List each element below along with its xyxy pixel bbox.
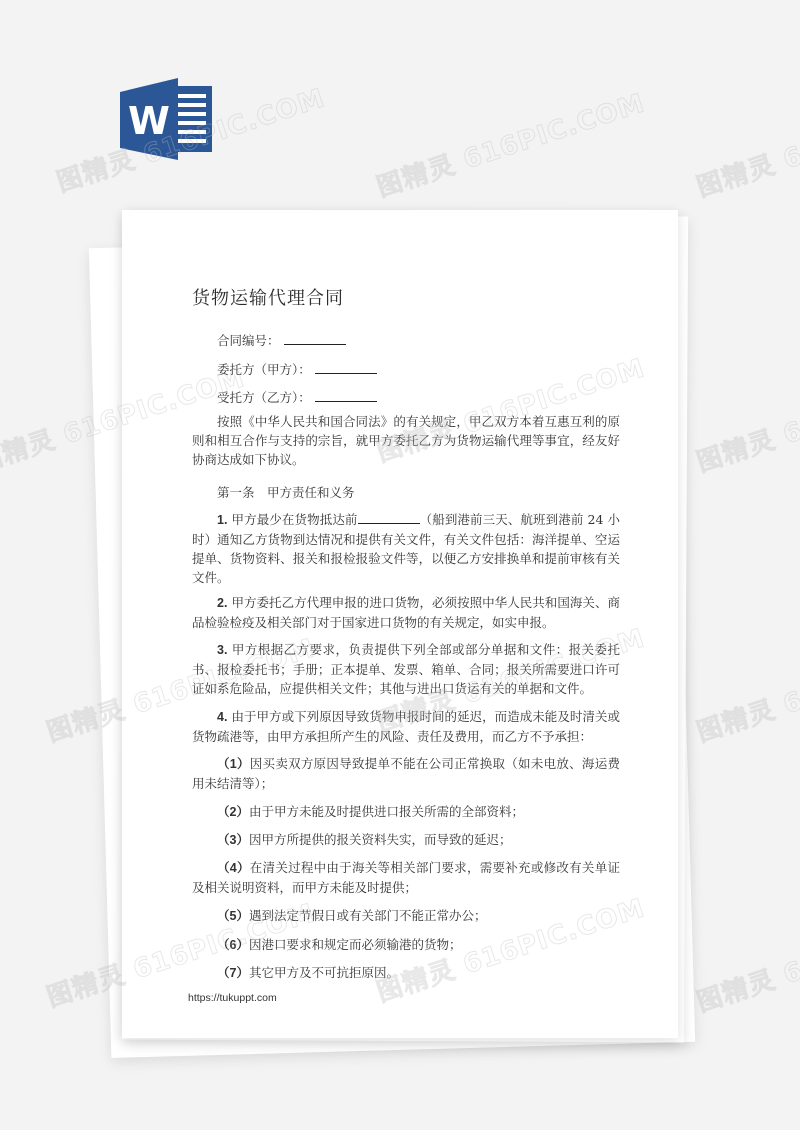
- clause-text: 甲方最少在货物抵达前: [232, 512, 358, 527]
- watermark: 图精灵 616PIC.COM: [691, 628, 800, 750]
- sub-item-number: （4）: [217, 861, 250, 875]
- sub-item-number: （6）: [217, 938, 249, 952]
- sub-item-number: （2）: [217, 805, 249, 819]
- watermark: 图精灵 616PIC.COM: [691, 83, 800, 205]
- sub-item-text: 由于甲方未能及时提供进口报关所需的全部资料；: [249, 804, 524, 819]
- clause-number: 2.: [217, 596, 227, 610]
- sub-item-text: 因甲方所提供的报关资料失实，而导致的延迟；: [249, 832, 512, 847]
- watermark: 图精灵 616PIC.COM: [371, 83, 649, 205]
- document-title: 货物运输代理合同: [192, 284, 344, 310]
- word-icon: W: [112, 78, 214, 160]
- clause-4: 4. 由于甲方或下列原因导致货物申报时间的延迟，而造成未能及时清关或货物疏港等，…: [192, 707, 620, 746]
- sub-item-5: （5）遇到法定节假日或有关部门不能正常办公；: [192, 906, 620, 926]
- field-label: 受托方（乙方）：: [217, 390, 311, 405]
- preamble-paragraph: 按照《中华人民共和国合同法》的有关规定，甲乙双方本着互惠互利的原则和相互合作与支…: [192, 412, 620, 469]
- sub-item-number: （1）: [217, 757, 250, 771]
- sub-item-4: （4）在清关过程中由于海关等相关部门要求，需要补充或修改有关单证及相关说明资料，…: [192, 858, 620, 897]
- sub-item-number: （5）: [217, 909, 249, 923]
- clause-text: 由于甲方或下列原因导致货物申报时间的延迟，而造成未能及时清关或货物疏港等，由甲方…: [192, 709, 620, 744]
- party-b-blank[interactable]: [315, 389, 377, 402]
- sub-item-text: 因港口要求和规定而必须输港的货物；: [249, 937, 462, 952]
- sub-item-text: 遇到法定节假日或有关部门不能正常办公；: [249, 908, 487, 923]
- clause-1: 1. 甲方最少在货物抵达前（船到港前三天、航班到港前 24 小时）通知乙方货物到…: [192, 510, 620, 587]
- clause-text: 甲方委托乙方代理申报的进口货物，必须按照中华人民共和国海关、商品检验检疫及相关部…: [192, 595, 620, 630]
- sub-item-3: （3）因甲方所提供的报关资料失实，而导致的延迟；: [192, 830, 620, 850]
- svg-text:W: W: [128, 99, 170, 143]
- sub-item-text: 其它甲方及不可抗拒原因。: [249, 965, 399, 980]
- clause-2: 2. 甲方委托乙方代理申报的进口货物，必须按照中华人民共和国海关、商品检验检疫及…: [192, 593, 620, 632]
- sub-item-2: （2）由于甲方未能及时提供进口报关所需的全部资料；: [192, 802, 620, 822]
- document-page: 货物运输代理合同 合同编号： 委托方（甲方）： 受托方（乙方）： 按照《中华人民…: [122, 210, 678, 1038]
- days-blank[interactable]: [358, 511, 420, 524]
- contract-number-blank[interactable]: [284, 332, 346, 345]
- sub-item-number: （3）: [217, 833, 249, 847]
- contract-number-field: 合同编号：: [217, 331, 346, 349]
- article-heading: 第一条 甲方责任和义务: [192, 483, 620, 502]
- clause-text: 甲方根据乙方要求，负责提供下列全部或部分单据和文件：报关委托书、报检委托书；手册…: [192, 642, 620, 696]
- sub-item-1: （1）因买卖双方原因导致提单不能在公司正常换取（如未电放、海运费用未结清等）；: [192, 754, 620, 793]
- clause-3: 3. 甲方根据乙方要求，负责提供下列全部或部分单据和文件：报关委托书、报检委托书…: [192, 640, 620, 698]
- watermark: 图精灵 616PIC.COM: [691, 358, 800, 480]
- clause-number: 4.: [217, 710, 227, 724]
- field-label: 委托方（甲方）：: [217, 362, 311, 377]
- party-b-field: 受托方（乙方）：: [217, 388, 377, 406]
- sub-item-text: 在清关过程中由于海关等相关部门要求，需要补充或修改有关单证及相关说明资料，而甲方…: [192, 860, 620, 895]
- clause-number: 3.: [217, 643, 227, 657]
- party-a-field: 委托方（甲方）：: [217, 360, 377, 378]
- party-a-blank[interactable]: [315, 361, 377, 374]
- sub-item-number: （7）: [217, 966, 249, 980]
- field-label: 合同编号：: [217, 333, 280, 348]
- sub-item-text: 因买卖双方原因导致提单不能在公司正常换取（如未电放、海运费用未结清等）；: [192, 756, 620, 791]
- sub-item-7: （7）其它甲方及不可抗拒原因。: [192, 963, 620, 983]
- sub-item-6: （6）因港口要求和规定而必须输港的货物；: [192, 935, 620, 955]
- watermark: 图精灵 616PIC.COM: [691, 898, 800, 1020]
- clause-number: 1.: [217, 513, 227, 527]
- footer-url[interactable]: https://tukuppt.com: [188, 992, 277, 1004]
